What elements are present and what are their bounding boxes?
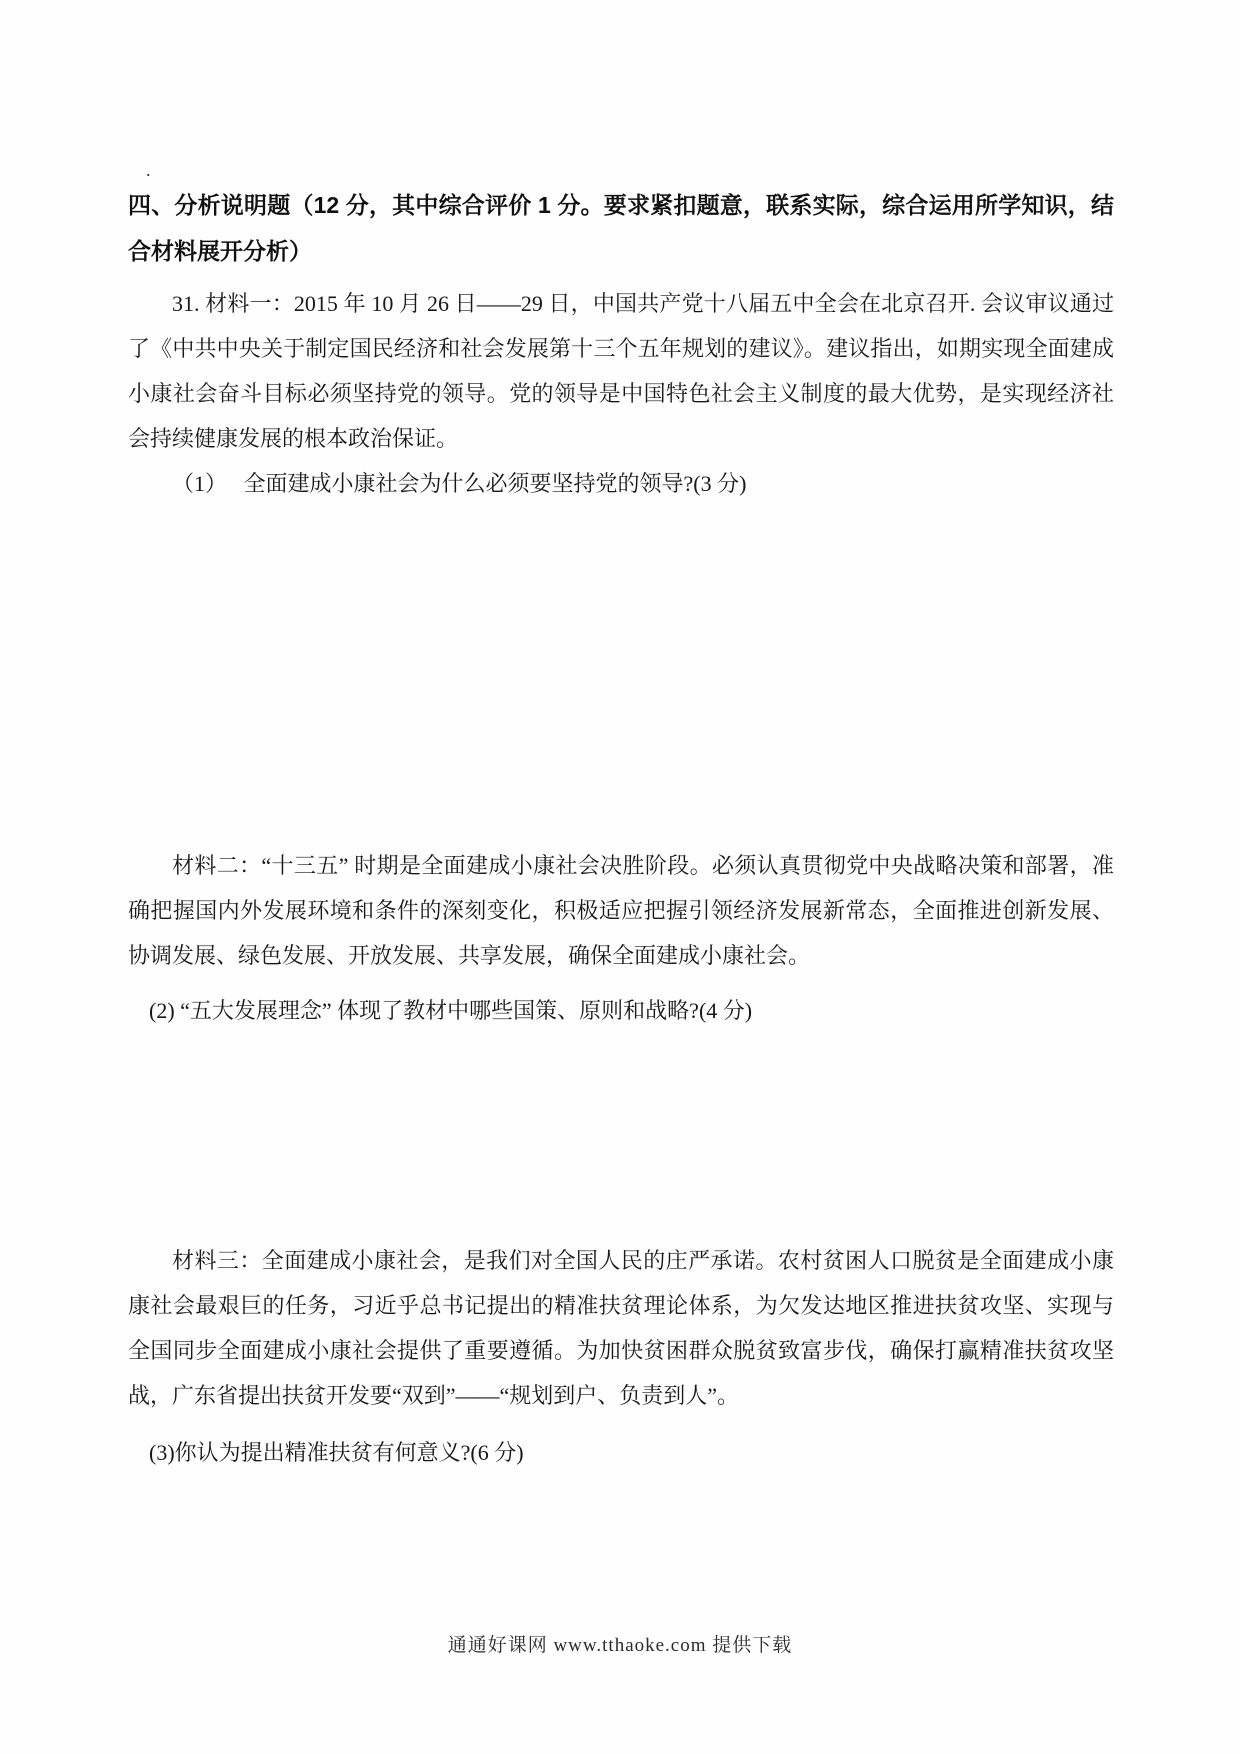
answer-space-1 bbox=[128, 506, 1114, 843]
answer-space-2 bbox=[128, 1033, 1114, 1238]
sub-question-1: （1） 全面建成小康社会为什么必须要坚持党的领导?(3 分) bbox=[128, 461, 1114, 506]
exam-document-page: . 四、分析说明题（12 分，其中综合评价 1 分。要求紧扣题意，联系实际，综合… bbox=[0, 0, 1240, 1754]
material3-paragraph: 材料三：全面建成小康社会，是我们对全国人民的庄严承诺。农村贫困人口脱贫是全面建成… bbox=[128, 1238, 1114, 1418]
section-heading: 四、分析说明题（12 分，其中综合评价 1 分。要求紧扣题意，联系实际，综合运用… bbox=[128, 182, 1114, 274]
sub-question-3: (3)你认为提出精准扶贫有何意义?(6 分) bbox=[128, 1430, 1114, 1475]
footer-credit: 通通好课网 www.tthaoke.com 提供下载 bbox=[0, 1630, 1240, 1657]
material1-paragraph: 31. 材料一：2015 年 10 月 26 日——29 日，中国共产党十八届五… bbox=[128, 281, 1114, 461]
page-content: 四、分析说明题（12 分，其中综合评价 1 分。要求紧扣题意，联系实际，综合运用… bbox=[128, 182, 1114, 1475]
stray-scan-mark: . bbox=[146, 160, 151, 181]
sub-question-2: (2) “五大发展理念” 体现了教材中哪些国策、原则和战略?(4 分) bbox=[128, 988, 1114, 1033]
material2-paragraph: 材料二：“十三五” 时期是全面建成小康社会决胜阶段。必须认真贯彻党中央战略决策和… bbox=[128, 843, 1114, 978]
